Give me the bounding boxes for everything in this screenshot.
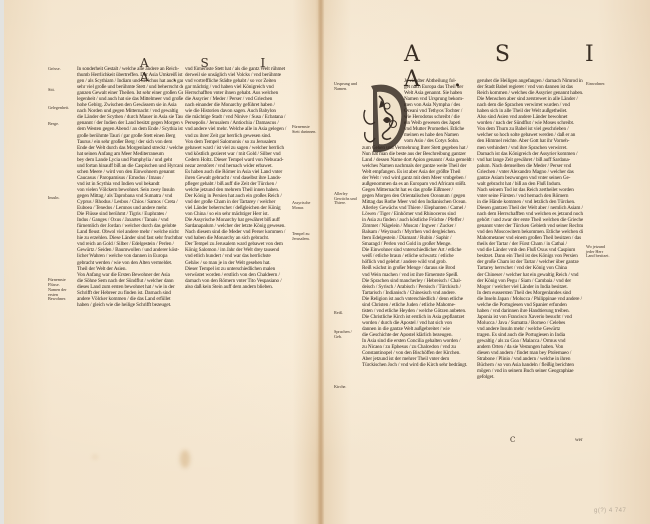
text-line: und fortan hinauff biß an die Caspischen… [77, 163, 183, 169]
text-line: gebracht werden / wie von den Alten verm… [77, 260, 183, 266]
book-spread: A S I A. Grösse. Sitt. Gelegenheit. Berg… [0, 0, 650, 524]
margin-note: Grösse. [48, 67, 74, 72]
text-line: große berühmte Tauri / gar große Stett e… [77, 133, 183, 139]
text-line: men verhindert / vnd ihre Sprachen verwi… [477, 145, 583, 151]
text-column: In sonderheit Gestalt / welche alle ande… [77, 66, 183, 314]
margin-note: Sitt. [48, 88, 74, 93]
text-line: der Chineser / welcher hat ein gewaltig … [477, 272, 583, 278]
catchword: wer [575, 438, 583, 443]
text-line: Die Sprachen sind mancherley / Hebreisch… [362, 278, 474, 284]
margin-note: Assyrische Monar. [292, 201, 318, 210]
margin-note: Insuln. [48, 196, 74, 201]
text-line: gefolget. [477, 374, 583, 380]
text-line: vnd Wein machen / vnd ist ihre fürnemste… [362, 272, 474, 278]
text-column: Je vierdter Abtheilung fol-get nach Euro… [362, 78, 474, 436]
margin-note: Gelegenheit. [48, 106, 74, 111]
margin-note: Kirche. [334, 385, 360, 390]
text-line: haben / vnd darinnen ihre Handtierung tr… [477, 308, 583, 314]
text-line: dem Westen gegen Abend / an dem Ende / S… [77, 126, 183, 132]
text-line: gebawet ward / ist viel zu sagen / welch… [185, 145, 291, 151]
pencil-inventory-note: g(?) 4 747 [594, 508, 626, 514]
text-line: der König von Pegu / Siam / Cambaia / vn… [477, 278, 583, 284]
text-line: der Welt / vnd wird gantz mit dem Meer v… [362, 175, 474, 181]
text-line: darnach von den Römern vnter Tito Vespas… [185, 278, 291, 284]
text-line: In dem eussersten Theil des Morgenlandes… [477, 290, 583, 296]
signature-mark: C [510, 436, 515, 444]
text-line: Land / dessen Name dort Apion genannt / … [362, 157, 474, 163]
text-line: Es haben auch die Römer in Asia viel Lan… [185, 169, 291, 175]
text-line: den Himmel reichte. Aber Gott hat ihr Vo… [477, 138, 583, 144]
margin-note: Ursprung und Namen. [334, 82, 360, 91]
margin-note: Einwohner. [586, 82, 612, 87]
text-line: dieses Land zum ersten bewohnet hat / wi… [77, 284, 183, 290]
text-line: bey dem Lande Lycia und Pamphylia / und … [77, 157, 183, 163]
text-line: andere Völcker kommen / die das Land erf… [77, 296, 183, 302]
text-line: Die Christliche Kirch ist erstlich in As… [362, 314, 474, 320]
margin-note: Sprachen / Geb. [334, 330, 360, 339]
text-line: Schrifft der Hebreer zu finden ist. Darn… [77, 290, 183, 296]
margin-note: Reiß. [334, 311, 360, 316]
text-line: Türckischen Joch / vnd wird die Kirch se… [362, 362, 474, 368]
text-line: haben / gleich wie die heilige Schrifft … [77, 302, 183, 308]
text-line: Nach seinem Tod ist das Reich zertheilet… [477, 187, 583, 193]
text-line: welches Namen nachmals der gantze weite … [362, 163, 474, 169]
text-line: Ende der Welt durch das Morgenland strec… [77, 145, 183, 151]
text-line: Griechen / vnter Alexandro Magno / welch… [477, 169, 583, 175]
text-line: vnd hat lange Zeit gewähret / biß auff S… [477, 157, 583, 163]
text-column: vnd fürnemste Stett hat / als die gantz … [185, 66, 291, 304]
margin-note: Allerley Gewächs und Thiere. [334, 192, 360, 206]
text-line: licher Wahren / welche von dannen in Eur… [77, 253, 183, 259]
margin-note: Berge. [48, 122, 74, 127]
text-line: Taurus / ein sehr großer Berg / der sich… [77, 139, 183, 145]
margin-note: Namen der ersten Bewohner. [48, 288, 74, 302]
text-line: Von Anfang war die Ersten Bewohner der A… [77, 272, 183, 278]
text-line: Cedern Holtz. Dieser Tempel ward von Neb… [185, 157, 291, 163]
text-line: vnd andere viel mehr. Welche alle in Asi… [185, 126, 291, 132]
text-line: Mogor / welcher viel Länder in India bes… [477, 284, 583, 290]
text-line: also daß kein Stein auff dem andern blie… [185, 284, 291, 290]
text-line: Die Religion ist auch vnterschiedlich / … [362, 296, 474, 302]
text-line: außgenommen da es an Europam vnd Africam… [362, 181, 474, 187]
text-line: verwüstet worden / erstlich von den Chal… [185, 272, 291, 278]
margin-note: Fürnemste Flüsse. [48, 278, 74, 287]
margin-note: Tempel zu Jerusalem. [292, 232, 318, 241]
text-line: die Söhne Sem nach der Sündflut / welche… [77, 278, 183, 284]
margin-note: Fürnemste Stett darinnen. [292, 125, 318, 134]
text-line: die Inseln Japan / Molucca / Philippinae… [477, 296, 583, 302]
text-line: Darnach ist das Königreich der Assyrier … [477, 151, 583, 157]
left-page: A S I A. Grösse. Sitt. Gelegenheit. Berg… [0, 0, 318, 524]
text-line: gantze Asiam bezwungen vnd vnter seinen … [477, 175, 583, 181]
text-line: Von dem Tempel Salomonis / so zu Jerusal… [185, 139, 291, 145]
text-line: Japonia ist von Francisco Xaverio besuch… [477, 314, 583, 320]
text-line: schen Meere / wird von den Einwohnern ge… [77, 169, 183, 175]
text-line: tisten / vnd etliche Heyden / welche Göt… [362, 308, 474, 314]
text-line: vnd köstlich gezieret war / mit Gold / S… [185, 151, 291, 157]
margin-note: Wo jetzund jeder Herr Land besitzet. [586, 245, 612, 259]
text-line: Welt empfangen. Es ist aber Asia der grö… [362, 169, 474, 175]
text-column: geruhet die Heiligen angefangen / darnac… [477, 78, 583, 436]
text-line: deisch / Syrisch / Arabisch / Persisch /… [362, 284, 474, 290]
right-page: A S I A. Ursprung und Namen. Allerley Ge… [324, 0, 650, 524]
text-line: ihren Gewalt gebracht / vnd daselbst ihr… [185, 175, 291, 181]
text-line: palum. Nach demselben die Meder / Perser… [477, 163, 583, 169]
text-line: zum Gehen und Vermehrung Ihrer Stett geg… [362, 145, 474, 151]
text-line: Nun hat man die beste aus der Beschreibu… [362, 151, 474, 157]
